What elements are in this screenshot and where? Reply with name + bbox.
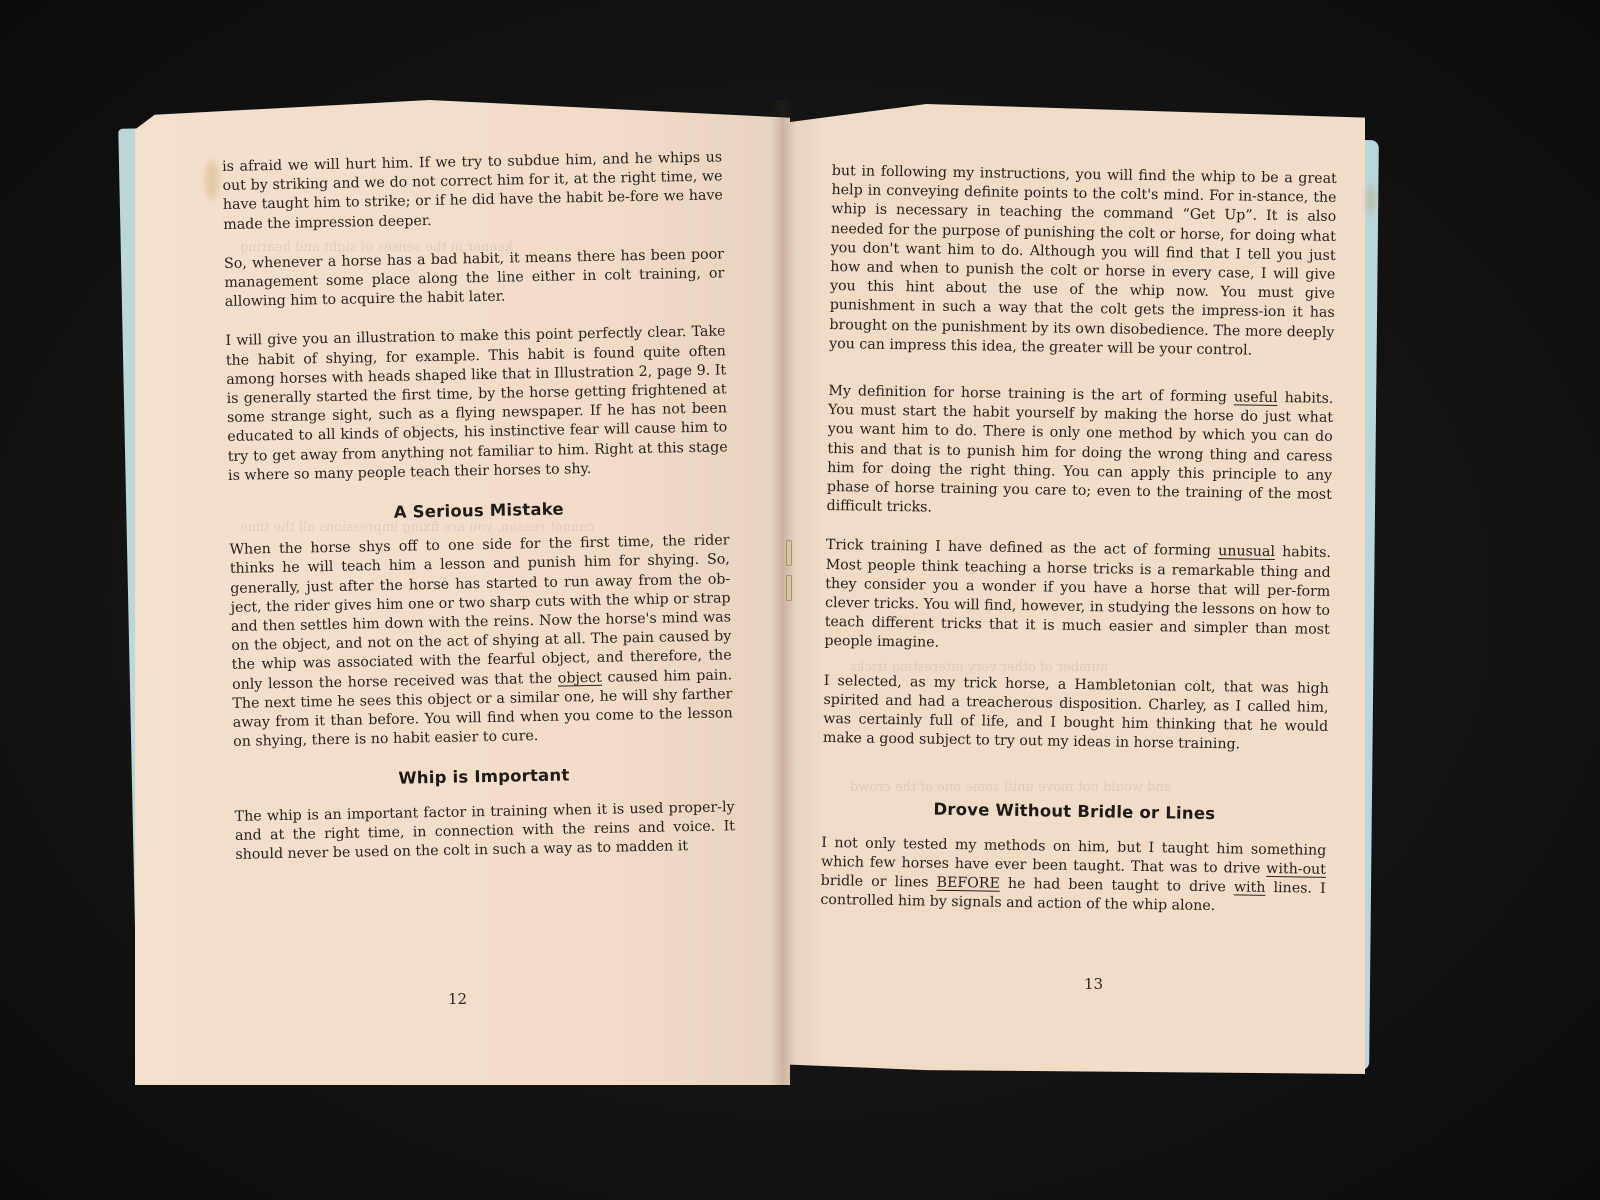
text-run: Trick training I have defined as the act…: [826, 537, 1218, 559]
underlined-word: with-out: [1266, 861, 1326, 878]
paragraph: So, whenever a horse has a bad habit, it…: [224, 245, 725, 312]
underlined-word: with: [1234, 879, 1266, 895]
page-number: 13: [1084, 975, 1103, 993]
underlined-word: unusual: [1218, 544, 1275, 561]
underlined-word: BEFORE: [936, 875, 1000, 892]
staple-bottom: [786, 575, 792, 601]
paragraph: I selected, as my trick horse, a Hamblet…: [823, 672, 1329, 757]
section-heading: Drove Without Bridle or Lines: [822, 798, 1327, 825]
page-number: 12: [448, 990, 467, 1008]
left-page-text: is afraid we will hurt him. If we try to…: [222, 148, 736, 885]
text-run: habits. You must start the habit yoursel…: [826, 390, 1333, 516]
gutter-shadow: [770, 100, 796, 1085]
section-heading: A Serious Mistake: [229, 496, 729, 525]
section-heading: Whip is Important: [234, 763, 734, 792]
text-run: habits. Most people think teaching a hor…: [824, 544, 1331, 651]
underlined-word: object: [558, 669, 602, 686]
underlined-word: useful: [1234, 389, 1278, 406]
paragraph: My definition for horse training is the …: [826, 382, 1333, 524]
staple-top: [786, 540, 792, 566]
paragraph: I will give you an illustration to make …: [225, 323, 728, 486]
paragraph: I not only tested my methods on him, but…: [820, 834, 1326, 919]
paragraph: but in following my instructions, you wi…: [829, 162, 1337, 362]
paragraph: Trick training I have defined as the act…: [824, 536, 1331, 659]
right-page-text: but in following my instructions, you wi…: [820, 162, 1337, 938]
text-run: I not only tested my methods on him, but…: [821, 835, 1326, 877]
text-run: he had been taught to drive: [1000, 876, 1234, 896]
paper-stain: [1366, 185, 1376, 215]
paragraph: When the horse shys off to one side for …: [229, 532, 733, 753]
paper-stain: [205, 160, 219, 200]
text-run: bridle or lines: [821, 873, 937, 891]
paragraph: is afraid we will hurt him. If we try to…: [222, 148, 723, 234]
paragraph: The whip is an important factor in train…: [234, 798, 735, 865]
